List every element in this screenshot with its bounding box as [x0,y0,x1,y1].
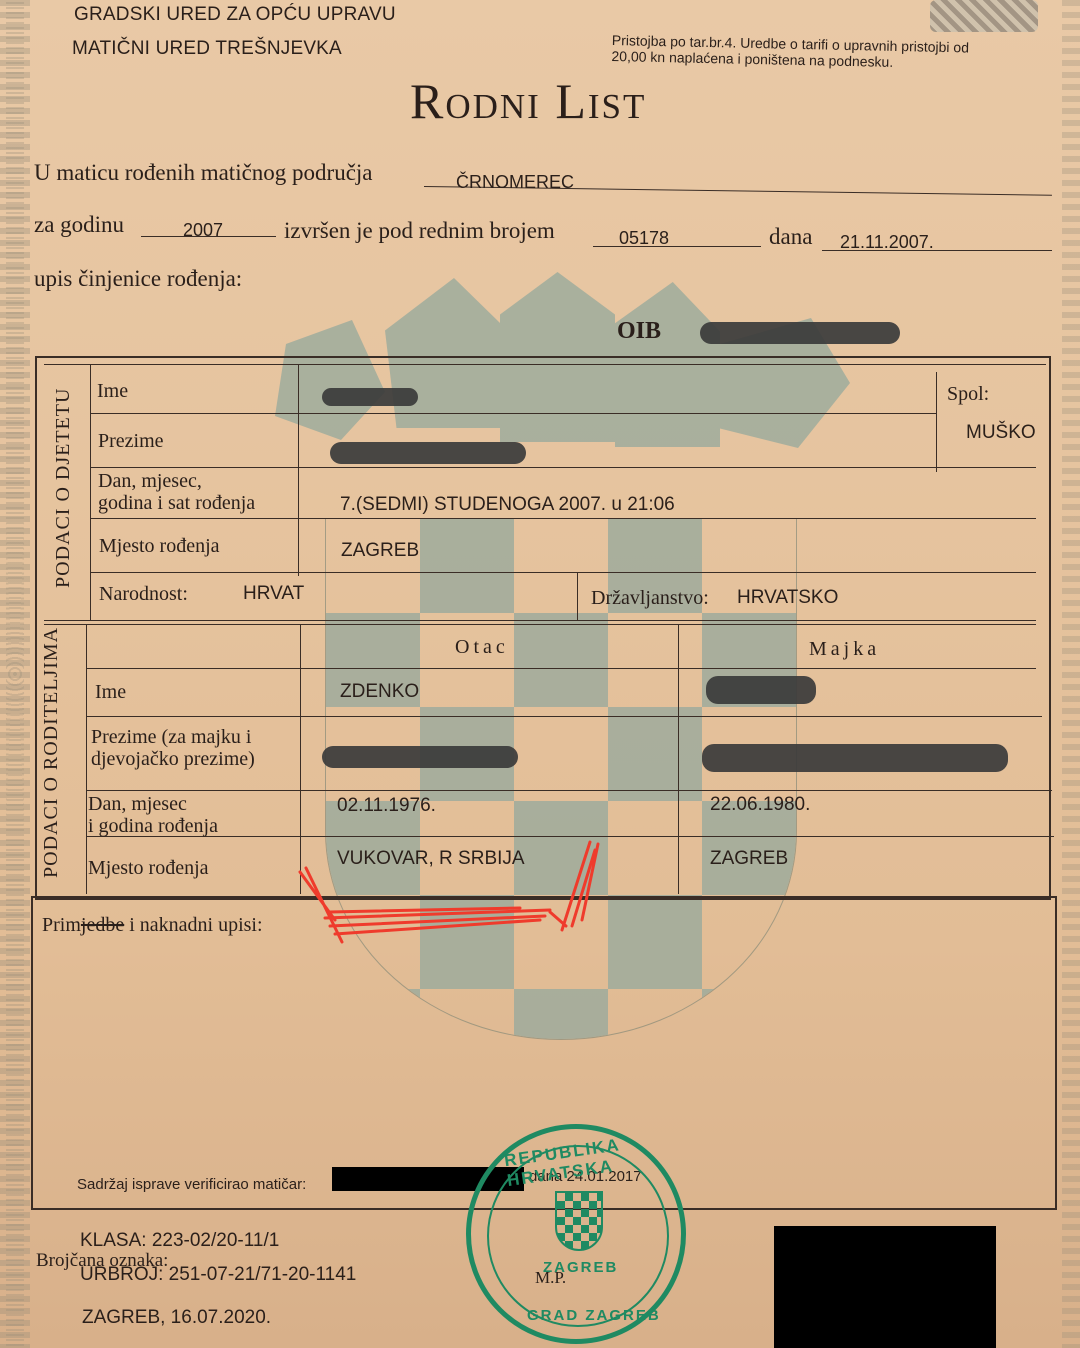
registry-year-label: za godinu [34,212,124,238]
remarks-label: Primjedbe i naknadni upisi: [42,914,263,936]
remarks-label-suffix: i naknadni upisi: [124,914,262,936]
label-line: djevojačko prezime) [91,748,255,770]
rule [86,716,1042,717]
father-surname-redaction [322,746,518,768]
child-section-divider [90,364,91,620]
rule [90,518,1036,519]
rule [44,620,1036,621]
signature-redaction [774,1226,996,1348]
decorative-border-left [0,0,30,1348]
parent-name-label: Ime [95,681,126,703]
registry-area-value: ČRNOMEREC [456,172,574,193]
child-section-label: PODACI O DJETETU [52,388,75,588]
rule [90,467,1036,468]
mother-dob-value: 22.06.1980. [710,794,810,816]
rule [90,572,1036,573]
child-name-redaction [322,388,418,406]
registry-area-label: U maticu rođenih matičnog područja [34,160,373,186]
parent-birthplace-label: Mjesto rođenja [88,857,209,879]
parent-dob-label: Dan, mjesec i godina rođenja [88,793,218,837]
father-dob-value: 02.11.1976. [337,795,436,817]
child-label-divider [298,364,299,576]
place-and-date: ZAGREB, 16.07.2020. [82,1307,271,1329]
registry-date-label: dana [769,224,812,250]
label-line: i godina rođenja [88,815,218,837]
citizenship-divider [577,572,578,620]
child-birthplace-value: ZAGREB [341,540,419,562]
registry-office: MATIČNI URED TREŠNJEVKA [72,38,342,60]
seal-mp-label: M.P. [535,1268,566,1288]
document-title: Rodni List [410,72,646,130]
mother-name-redaction [706,676,816,704]
child-nationality-value: HRVAT [243,583,304,605]
official-seal: REPUBLIKA HRVATSKA ZAGREB GRAD ZAGREB [466,1124,686,1344]
mother-column-header: Majka [809,638,880,661]
child-birth-datetime-label: Dan, mjesec, godina i sat rođenja [98,470,255,514]
child-nationality-label: Narodnost: [99,583,188,605]
revenue-stamp-icon [930,0,1038,32]
parents-section-divider [86,624,87,894]
child-citizenship-value: HRVATSKO [737,587,838,609]
child-name-label: Ime [97,380,128,402]
father-name-value: ZDENKO [340,681,419,703]
verification-label: Sadržaj isprave verificirao matičar: [77,1176,306,1193]
label-line: Prezime (za majku i [91,726,255,748]
urbroj: URBROJ: 251-07-21/71-20-1141 [80,1264,356,1286]
oib-label: OIB [617,318,661,345]
registry-date-value: 21.11.2007. [840,232,934,253]
registry-number-label: izvršen je pod rednim brojem [284,218,555,244]
label-line: godina i sat rođenja [98,492,255,514]
child-sex-label: Spol: [947,383,989,405]
oib-redaction [700,322,900,344]
seal-shield-icon [555,1191,603,1251]
parent-surname-label: Prezime (za majku i djevojačko prezime) [91,726,255,770]
label-line: Dan, mjesec, [98,470,255,492]
rule [86,790,1052,791]
child-birthplace-label: Mjesto rođenja [99,535,220,557]
klasa: KLASA: 223-02/20-11/1 [80,1230,279,1252]
parents-section-label: PODACI O RODITELJIMA [40,627,63,878]
child-surname-label: Prezime [98,430,164,452]
father-mother-divider [678,624,679,894]
registry-number-value: 05178 [619,228,669,249]
registry-year-value: 2007 [183,220,223,241]
remarks-label-prefix: Prim [42,914,81,936]
rule [86,668,1036,669]
registry-entry-label: upis činjenice rođenja: [34,266,242,292]
child-sex-value: MUŠKO [966,422,1036,444]
remarks-label-struck: jedbe [81,914,124,936]
child-surname-redaction [330,442,526,464]
label-line: Dan, mjesec [88,793,218,815]
rule [44,364,1046,365]
issuing-office: GRADSKI URED ZA OPĆU UPRAVU [74,4,396,26]
rule [90,413,936,414]
child-citizenship-label: Državljanstvo: [591,587,709,609]
mother-birthplace-value: ZAGREB [710,848,788,870]
seal-bottom-text: GRAD ZAGREB [527,1307,661,1324]
mother-surname-redaction [702,744,1008,772]
rule [44,624,1036,625]
fee-note: Pristojba po tar.br.4. Uredbe o tarifi o… [611,32,969,71]
child-birth-datetime-value: 7.(SEDMI) STUDENOGA 2007. u 21:06 [340,494,675,516]
father-column-header: Otac [455,636,509,659]
decorative-border-right [1062,0,1080,1348]
red-underline-annotation [290,830,610,950]
sex-divider [936,372,937,472]
